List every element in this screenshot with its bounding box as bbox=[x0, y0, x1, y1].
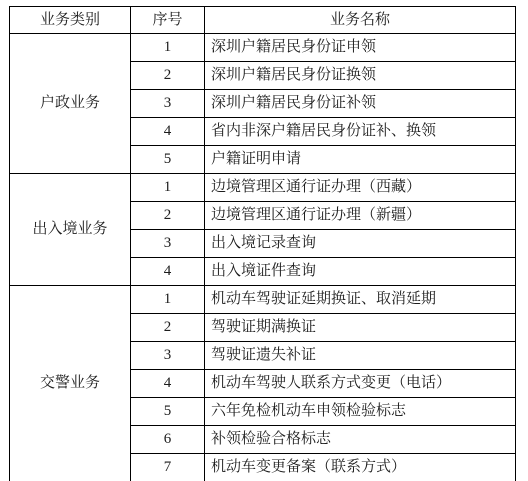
business-name-cell: 深圳户籍居民身份证申领 bbox=[205, 34, 516, 62]
table-row: 出入境业务1边境管理区通行证办理（西藏） bbox=[10, 174, 516, 202]
business-name-cell: 省内非深户籍居民身份证补、换领 bbox=[205, 118, 516, 146]
business-name-cell: 机动车驾驶证延期换证、取消延期 bbox=[205, 286, 516, 314]
business-name-cell: 机动车变更备案（联系方式） bbox=[205, 454, 516, 481]
serial-number-cell: 4 bbox=[131, 118, 205, 146]
serial-number-cell: 3 bbox=[131, 90, 205, 118]
business-name-cell: 边境管理区通行证办理（西藏） bbox=[205, 174, 516, 202]
serial-number-cell: 2 bbox=[131, 202, 205, 230]
serial-number-cell: 3 bbox=[131, 230, 205, 258]
business-name-cell: 机动车驾驶人联系方式变更（电话） bbox=[205, 370, 516, 398]
serial-number-cell: 1 bbox=[131, 34, 205, 62]
business-name-cell: 驾驶证遗失补证 bbox=[205, 342, 516, 370]
serial-number-cell: 1 bbox=[131, 286, 205, 314]
serial-number-cell: 4 bbox=[131, 370, 205, 398]
serial-number-cell: 2 bbox=[131, 314, 205, 342]
header-row: 业务类别 序号 业务名称 bbox=[10, 7, 516, 34]
header-business-category: 业务类别 bbox=[10, 7, 131, 34]
header-serial-number: 序号 bbox=[131, 7, 205, 34]
serial-number-cell: 1 bbox=[131, 174, 205, 202]
business-name-cell: 户籍证明申请 bbox=[205, 146, 516, 174]
serial-number-cell: 2 bbox=[131, 62, 205, 90]
business-name-cell: 出入境证件查询 bbox=[205, 258, 516, 286]
business-name-cell: 边境管理区通行证办理（新疆） bbox=[205, 202, 516, 230]
category-cell: 户政业务 bbox=[10, 34, 131, 174]
business-name-cell: 深圳户籍居民身份证换领 bbox=[205, 62, 516, 90]
serial-number-cell: 4 bbox=[131, 258, 205, 286]
business-name-cell: 出入境记录查询 bbox=[205, 230, 516, 258]
table-body: 户政业务1深圳户籍居民身份证申领2深圳户籍居民身份证换领3深圳户籍居民身份证补领… bbox=[10, 34, 516, 481]
business-name-cell: 六年免检机动车申领检验标志 bbox=[205, 398, 516, 426]
table-row: 交警业务1机动车驾驶证延期换证、取消延期 bbox=[10, 286, 516, 314]
serial-number-cell: 5 bbox=[131, 398, 205, 426]
category-cell: 交警业务 bbox=[10, 286, 131, 481]
category-cell: 出入境业务 bbox=[10, 174, 131, 286]
serial-number-cell: 5 bbox=[131, 146, 205, 174]
business-name-cell: 深圳户籍居民身份证补领 bbox=[205, 90, 516, 118]
serial-number-cell: 6 bbox=[131, 426, 205, 454]
business-service-table: 业务类别 序号 业务名称 户政业务1深圳户籍居民身份证申领2深圳户籍居民身份证换… bbox=[9, 6, 516, 481]
serial-number-cell: 7 bbox=[131, 454, 205, 481]
header-business-name: 业务名称 bbox=[205, 7, 516, 34]
table-row: 户政业务1深圳户籍居民身份证申领 bbox=[10, 34, 516, 62]
business-name-cell: 补领检验合格标志 bbox=[205, 426, 516, 454]
serial-number-cell: 3 bbox=[131, 342, 205, 370]
business-name-cell: 驾驶证期满换证 bbox=[205, 314, 516, 342]
